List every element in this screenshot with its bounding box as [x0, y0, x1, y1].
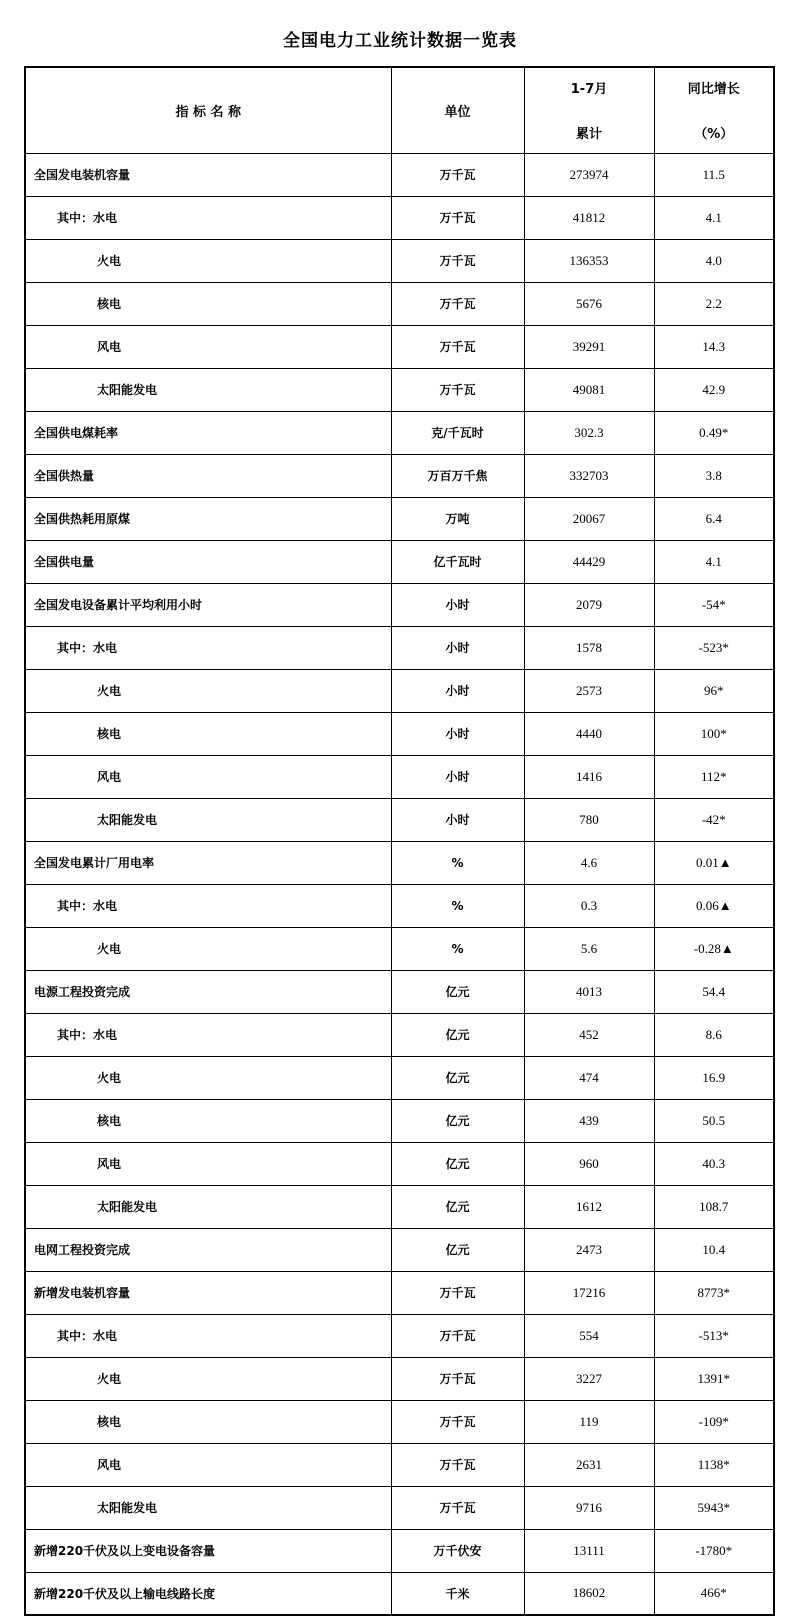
header-yoy-line1: 同比增长 — [688, 78, 740, 97]
value-cell: 39291 — [524, 325, 654, 368]
indicator-cell: 火电 — [25, 927, 391, 970]
unit-cell: 小时 — [391, 626, 524, 669]
yoy-cell: 0.01▲ — [654, 841, 774, 884]
table-row: 全国供电煤耗率 克/千瓦时 302.3 0.49* — [25, 411, 774, 454]
yoy-cell: 96* — [654, 669, 774, 712]
value-cell: 44429 — [524, 540, 654, 583]
yoy-cell: 112* — [654, 755, 774, 798]
unit-cell: 亿元 — [391, 1099, 524, 1142]
unit-cell: 万千瓦 — [391, 1443, 524, 1486]
yoy-cell: 11.5 — [654, 153, 774, 196]
value-cell: 41812 — [524, 196, 654, 239]
unit-cell: 万千瓦 — [391, 368, 524, 411]
value-cell: 0.3 — [524, 884, 654, 927]
header-indicator: 指 标 名 称 — [25, 67, 391, 153]
yoy-cell: 100* — [654, 712, 774, 755]
unit-cell: 万千瓦 — [391, 1314, 524, 1357]
indicator-cell: 太阳能发电 — [25, 798, 391, 841]
yoy-cell: 8773* — [654, 1271, 774, 1314]
unit-cell: 万千瓦 — [391, 282, 524, 325]
table-row: 其中：水电 万千瓦 41812 4.1 — [25, 196, 774, 239]
yoy-cell: 42.9 — [654, 368, 774, 411]
value-cell: 5676 — [524, 282, 654, 325]
indicator-cell: 其中：水电 — [25, 1314, 391, 1357]
indicator-cell: 风电 — [25, 755, 391, 798]
table-row: 其中：水电 % 0.3 0.06▲ — [25, 884, 774, 927]
value-cell: 4.6 — [524, 841, 654, 884]
value-cell: 2079 — [524, 583, 654, 626]
value-cell: 1612 — [524, 1185, 654, 1228]
table-row: 太阳能发电 万千瓦 49081 42.9 — [25, 368, 774, 411]
yoy-cell: 10.4 — [654, 1228, 774, 1271]
value-cell: 3227 — [524, 1357, 654, 1400]
unit-cell: 小时 — [391, 798, 524, 841]
indicator-cell: 风电 — [25, 1443, 391, 1486]
yoy-cell: 1138* — [654, 1443, 774, 1486]
indicator-cell: 太阳能发电 — [25, 1486, 391, 1529]
table-row: 电源工程投资完成 亿元 4013 54.4 — [25, 970, 774, 1013]
yoy-cell: -42* — [654, 798, 774, 841]
value-cell: 20067 — [524, 497, 654, 540]
unit-cell: % — [391, 841, 524, 884]
yoy-cell: -0.28▲ — [654, 927, 774, 970]
table-row: 风电 亿元 960 40.3 — [25, 1142, 774, 1185]
table-row: 太阳能发电 小时 780 -42* — [25, 798, 774, 841]
value-cell: 2573 — [524, 669, 654, 712]
unit-cell: 万千瓦 — [391, 196, 524, 239]
value-cell: 5.6 — [524, 927, 654, 970]
unit-cell: 小时 — [391, 583, 524, 626]
table-row: 其中：水电 万千瓦 554 -513* — [25, 1314, 774, 1357]
unit-cell: 小时 — [391, 712, 524, 755]
yoy-cell: -109* — [654, 1400, 774, 1443]
table-row: 风电 小时 1416 112* — [25, 755, 774, 798]
statistics-table: 指 标 名 称 单位 1-7月 累计 同比增长 （%） 全国发电装机容量 万千瓦… — [24, 66, 775, 1616]
yoy-cell: 4.1 — [654, 540, 774, 583]
table-row: 太阳能发电 亿元 1612 108.7 — [25, 1185, 774, 1228]
table-row: 新增220千伏及以上输电线路长度 千米 18602 466* — [25, 1572, 774, 1615]
value-cell: 136353 — [524, 239, 654, 282]
indicator-cell: 新增220千伏及以上输电线路长度 — [25, 1572, 391, 1615]
table-row: 火电 小时 2573 96* — [25, 669, 774, 712]
table-row: 全国发电装机容量 万千瓦 273974 11.5 — [25, 153, 774, 196]
indicator-cell: 其中：水电 — [25, 884, 391, 927]
yoy-cell: -54* — [654, 583, 774, 626]
table-row: 全国供热耗用原煤 万吨 20067 6.4 — [25, 497, 774, 540]
yoy-cell: 50.5 — [654, 1099, 774, 1142]
table-row: 火电 % 5.6 -0.28▲ — [25, 927, 774, 970]
table-row: 全国供电量 亿千瓦时 44429 4.1 — [25, 540, 774, 583]
table-row: 太阳能发电 万千瓦 9716 5943* — [25, 1486, 774, 1529]
yoy-cell: 16.9 — [654, 1056, 774, 1099]
unit-cell: % — [391, 927, 524, 970]
value-cell: 1578 — [524, 626, 654, 669]
header-period-line2: 累计 — [576, 123, 602, 142]
value-cell: 332703 — [524, 454, 654, 497]
unit-cell: 万千瓦 — [391, 325, 524, 368]
unit-cell: 万吨 — [391, 497, 524, 540]
value-cell: 49081 — [524, 368, 654, 411]
yoy-cell: 4.0 — [654, 239, 774, 282]
indicator-cell: 太阳能发电 — [25, 368, 391, 411]
yoy-cell: 40.3 — [654, 1142, 774, 1185]
unit-cell: 小时 — [391, 755, 524, 798]
value-cell: 273974 — [524, 153, 654, 196]
indicator-cell: 核电 — [25, 712, 391, 755]
indicator-cell: 其中：水电 — [25, 196, 391, 239]
yoy-cell: -1780* — [654, 1529, 774, 1572]
value-cell: 474 — [524, 1056, 654, 1099]
unit-cell: 万百万千焦 — [391, 454, 524, 497]
yoy-cell: 3.8 — [654, 454, 774, 497]
value-cell: 302.3 — [524, 411, 654, 454]
table-row: 火电 万千瓦 3227 1391* — [25, 1357, 774, 1400]
unit-cell: 万千瓦 — [391, 1357, 524, 1400]
table-row: 核电 万千瓦 119 -109* — [25, 1400, 774, 1443]
yoy-cell: 0.06▲ — [654, 884, 774, 927]
value-cell: 439 — [524, 1099, 654, 1142]
value-cell: 119 — [524, 1400, 654, 1443]
page-title: 全国电力工业统计数据一览表 — [0, 26, 800, 51]
table-header-row: 指 标 名 称 单位 1-7月 累计 同比增长 （%） — [25, 67, 774, 153]
indicator-cell: 核电 — [25, 282, 391, 325]
unit-cell: 万千瓦 — [391, 153, 524, 196]
yoy-cell: 1391* — [654, 1357, 774, 1400]
indicator-cell: 其中：水电 — [25, 1013, 391, 1056]
indicator-cell: 全国供电量 — [25, 540, 391, 583]
unit-cell: 万千瓦 — [391, 239, 524, 282]
table-row: 新增220千伏及以上变电设备容量 万千伏安 13111 -1780* — [25, 1529, 774, 1572]
table-row: 电网工程投资完成 亿元 2473 10.4 — [25, 1228, 774, 1271]
indicator-cell: 全国供热耗用原煤 — [25, 497, 391, 540]
unit-cell: 亿元 — [391, 1228, 524, 1271]
unit-cell: 亿元 — [391, 1056, 524, 1099]
header-yoy: 同比增长 （%） — [654, 67, 774, 153]
indicator-cell: 电源工程投资完成 — [25, 970, 391, 1013]
value-cell: 9716 — [524, 1486, 654, 1529]
table-row: 核电 小时 4440 100* — [25, 712, 774, 755]
unit-cell: 亿元 — [391, 1142, 524, 1185]
unit-cell: 克/千瓦时 — [391, 411, 524, 454]
yoy-cell: -513* — [654, 1314, 774, 1357]
yoy-cell: 108.7 — [654, 1185, 774, 1228]
indicator-cell: 全国发电装机容量 — [25, 153, 391, 196]
unit-cell: 亿千瓦时 — [391, 540, 524, 583]
header-period: 1-7月 累计 — [524, 67, 654, 153]
indicator-cell: 新增220千伏及以上变电设备容量 — [25, 1529, 391, 1572]
header-unit: 单位 — [391, 67, 524, 153]
value-cell: 452 — [524, 1013, 654, 1056]
unit-cell: % — [391, 884, 524, 927]
table-row: 火电 万千瓦 136353 4.0 — [25, 239, 774, 282]
indicator-cell: 全国供电煤耗率 — [25, 411, 391, 454]
value-cell: 554 — [524, 1314, 654, 1357]
value-cell: 4440 — [524, 712, 654, 755]
unit-cell: 万千瓦 — [391, 1400, 524, 1443]
indicator-cell: 火电 — [25, 1056, 391, 1099]
table-row: 风电 万千瓦 39291 14.3 — [25, 325, 774, 368]
table-row: 全国发电累计厂用电率 % 4.6 0.01▲ — [25, 841, 774, 884]
indicator-cell: 火电 — [25, 1357, 391, 1400]
value-cell: 780 — [524, 798, 654, 841]
indicator-cell: 其中：水电 — [25, 626, 391, 669]
header-period-line1: 1-7月 — [571, 78, 608, 97]
value-cell: 2631 — [524, 1443, 654, 1486]
value-cell: 17216 — [524, 1271, 654, 1314]
table-row: 全国供热量 万百万千焦 332703 3.8 — [25, 454, 774, 497]
table-row: 全国发电设备累计平均利用小时 小时 2079 -54* — [25, 583, 774, 626]
indicator-cell: 火电 — [25, 669, 391, 712]
unit-cell: 亿元 — [391, 1013, 524, 1056]
unit-cell: 万千瓦 — [391, 1486, 524, 1529]
header-yoy-line2: （%） — [694, 123, 733, 142]
table-row: 新增发电装机容量 万千瓦 17216 8773* — [25, 1271, 774, 1314]
yoy-cell: 6.4 — [654, 497, 774, 540]
indicator-cell: 核电 — [25, 1400, 391, 1443]
yoy-cell: -523* — [654, 626, 774, 669]
indicator-cell: 风电 — [25, 1142, 391, 1185]
yoy-cell: 54.4 — [654, 970, 774, 1013]
indicator-cell: 核电 — [25, 1099, 391, 1142]
indicator-cell: 新增发电装机容量 — [25, 1271, 391, 1314]
indicator-cell: 全国发电累计厂用电率 — [25, 841, 391, 884]
yoy-cell: 2.2 — [654, 282, 774, 325]
value-cell: 960 — [524, 1142, 654, 1185]
indicator-cell: 电网工程投资完成 — [25, 1228, 391, 1271]
indicator-cell: 太阳能发电 — [25, 1185, 391, 1228]
yoy-cell: 466* — [654, 1572, 774, 1615]
table-row: 其中：水电 亿元 452 8.6 — [25, 1013, 774, 1056]
table-row: 其中：水电 小时 1578 -523* — [25, 626, 774, 669]
unit-cell: 万千瓦 — [391, 1271, 524, 1314]
unit-cell: 小时 — [391, 669, 524, 712]
unit-cell: 亿元 — [391, 1185, 524, 1228]
indicator-cell: 全国发电设备累计平均利用小时 — [25, 583, 391, 626]
yoy-cell: 4.1 — [654, 196, 774, 239]
value-cell: 1416 — [524, 755, 654, 798]
unit-cell: 亿元 — [391, 970, 524, 1013]
table-row: 核电 亿元 439 50.5 — [25, 1099, 774, 1142]
value-cell: 4013 — [524, 970, 654, 1013]
yoy-cell: 8.6 — [654, 1013, 774, 1056]
indicator-cell: 火电 — [25, 239, 391, 282]
yoy-cell: 0.49* — [654, 411, 774, 454]
value-cell: 2473 — [524, 1228, 654, 1271]
table-row: 风电 万千瓦 2631 1138* — [25, 1443, 774, 1486]
unit-cell: 万千伏安 — [391, 1529, 524, 1572]
value-cell: 18602 — [524, 1572, 654, 1615]
yoy-cell: 5943* — [654, 1486, 774, 1529]
unit-cell: 千米 — [391, 1572, 524, 1615]
indicator-cell: 全国供热量 — [25, 454, 391, 497]
yoy-cell: 14.3 — [654, 325, 774, 368]
table-row: 核电 万千瓦 5676 2.2 — [25, 282, 774, 325]
table-row: 火电 亿元 474 16.9 — [25, 1056, 774, 1099]
value-cell: 13111 — [524, 1529, 654, 1572]
indicator-cell: 风电 — [25, 325, 391, 368]
